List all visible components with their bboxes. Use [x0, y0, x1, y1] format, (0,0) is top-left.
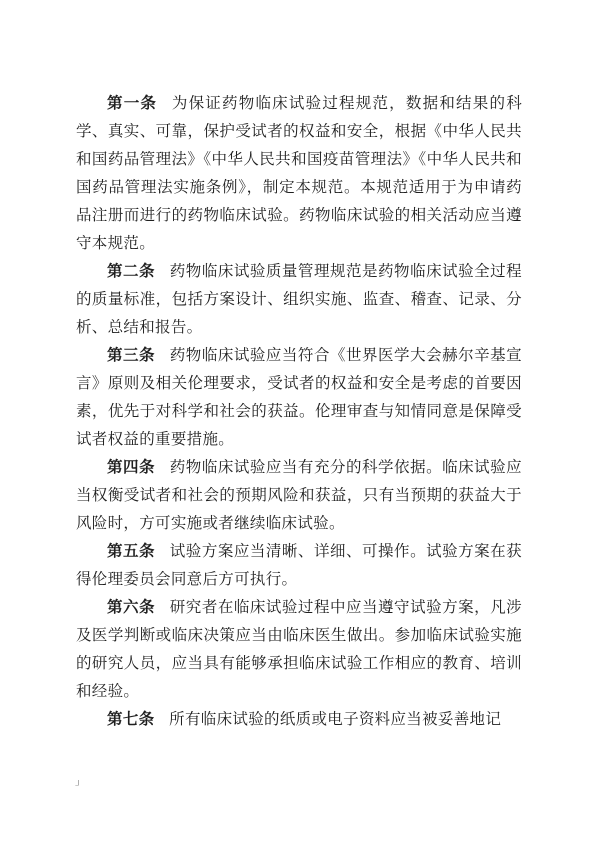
article-number: 第四条: [107, 459, 155, 476]
article-text: 为保证药物临床试验过程规范，数据和结果的科学、真实、可靠，保护受试者的权益和安全…: [76, 95, 522, 252]
document-page: 第一条为保证药物临床试验过程规范，数据和结果的科学、真实、可靠，保护受试者的权益…: [0, 0, 595, 841]
article-paragraph: 第六条研究者在临床试验过程中应当遵守试验方案，凡涉及医学判断或临床决策应当由临床…: [76, 594, 522, 706]
article-paragraph: 第四条药物临床试验应当有充分的科学依据。临床试验应当权衡受试者和社会的预期风险和…: [76, 454, 522, 538]
article-paragraph: 第五条试验方案应当清晰、详细、可操作。试验方案在获得伦理委员会同意后方可执行。: [76, 538, 522, 594]
article-text: 所有临床试验的纸质或电子资料应当被妥善地记: [169, 711, 501, 728]
scan-artifact-mark: 」: [75, 779, 85, 787]
article-paragraph: 第二条药物临床试验质量管理规范是药物临床试验全过程的质量标准，包括方案设计、组织…: [76, 258, 522, 342]
article-number: 第六条: [107, 599, 155, 616]
article-number: 第三条: [107, 347, 155, 364]
article-paragraph: 第三条药物临床试验应当符合《世界医学大会赫尔辛基宣言》原则及相关伦理要求，受试者…: [76, 342, 522, 454]
document-body: 第一条为保证药物临床试验过程规范，数据和结果的科学、真实、可靠，保护受试者的权益…: [76, 90, 522, 734]
article-number: 第二条: [107, 263, 155, 280]
article-number: 第五条: [107, 543, 155, 560]
article-paragraph: 第七条所有临床试验的纸质或电子资料应当被妥善地记: [76, 706, 522, 734]
article-number: 第一条: [107, 95, 157, 112]
article-paragraph: 第一条为保证药物临床试验过程规范，数据和结果的科学、真实、可靠，保护受试者的权益…: [76, 90, 522, 258]
article-number: 第七条: [107, 711, 154, 728]
